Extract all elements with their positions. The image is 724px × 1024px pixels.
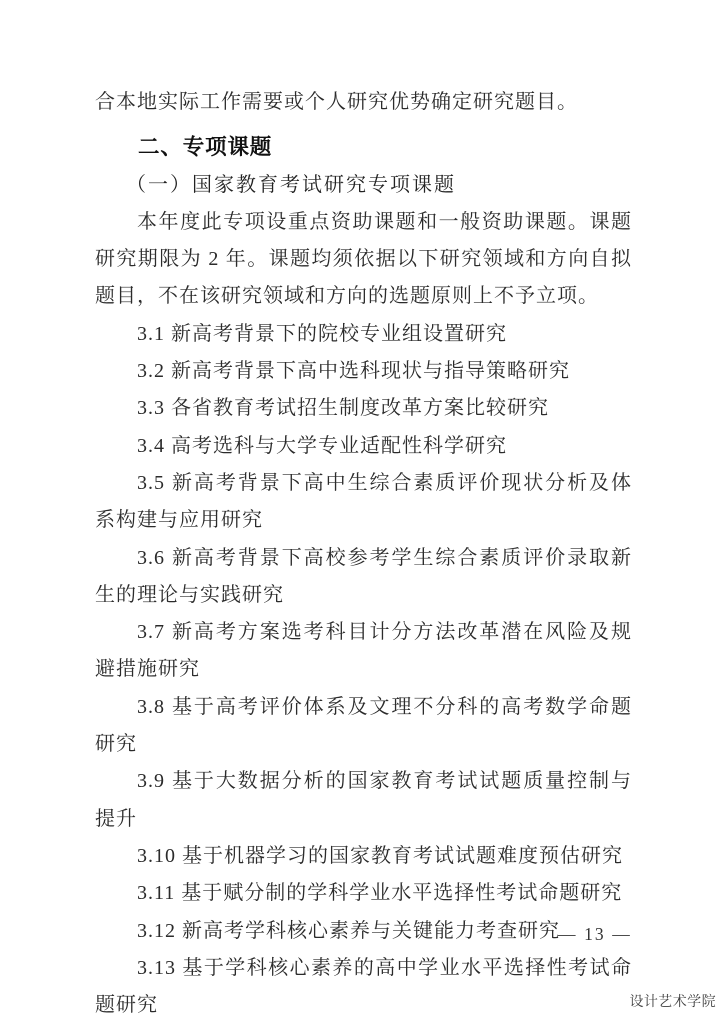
list-item: 3.8 基于高考评价体系及文理不分科的高考数学命题研究 [95,689,632,764]
list-item: 3.3 各省教育考试招生制度改革方案比较研究 [95,390,632,427]
list-item: 3.4 高考选科与大学专业适配性科学研究 [95,428,632,465]
document-page: 合本地实际工作需要或个人研究优势确定研究题目。 二、专项课题 （一）国家教育考试… [0,0,724,1024]
list-item: 3.11 基于赋分制的学科学业水平选择性考试命题研究 [95,875,632,912]
list-item: 3.5 新高考背景下高中生综合素质评价现状分析及体系构建与应用研究 [95,465,632,540]
document-body: 合本地实际工作需要或个人研究优势确定研究题目。 二、专项课题 （一）国家教育考试… [95,84,632,1024]
section-heading: 二、专项课题 [95,129,632,166]
watermark-label: 设计艺术学院 [629,991,716,1011]
page-number: — 13 — [558,924,632,945]
list-item: 3.13 基于学科核心素养的高中学业水平选择性考试命题研究 [95,950,632,1024]
subsection-heading: （一）国家教育考试研究专项课题 [95,167,632,204]
list-item: 3.1 新高考背景下的院校专业组设置研究 [95,316,632,353]
list-item: 3.6 新高考背景下高校参考学生综合素质评价录取新生的理论与实践研究 [95,540,632,615]
list-item: 3.2 新高考背景下高中选科现状与指导策略研究 [95,353,632,390]
list-item: 3.9 基于大数据分析的国家教育考试试题质量控制与提升 [95,763,632,838]
list-item: 3.10 基于机器学习的国家教育考试试题难度预估研究 [95,838,632,875]
list-item: 3.7 新高考方案选考科目计分方法改革潜在风险及规避措施研究 [95,614,632,689]
body-paragraph: 本年度此专项设重点资助课题和一般资助课题。课题研究期限为 2 年。课题均须依据以… [95,204,632,316]
intro-line: 合本地实际工作需要或个人研究优势确定研究题目。 [95,84,632,121]
list-item: 3.12 新高考学科核心素养与关键能力考查研究 [95,913,632,950]
